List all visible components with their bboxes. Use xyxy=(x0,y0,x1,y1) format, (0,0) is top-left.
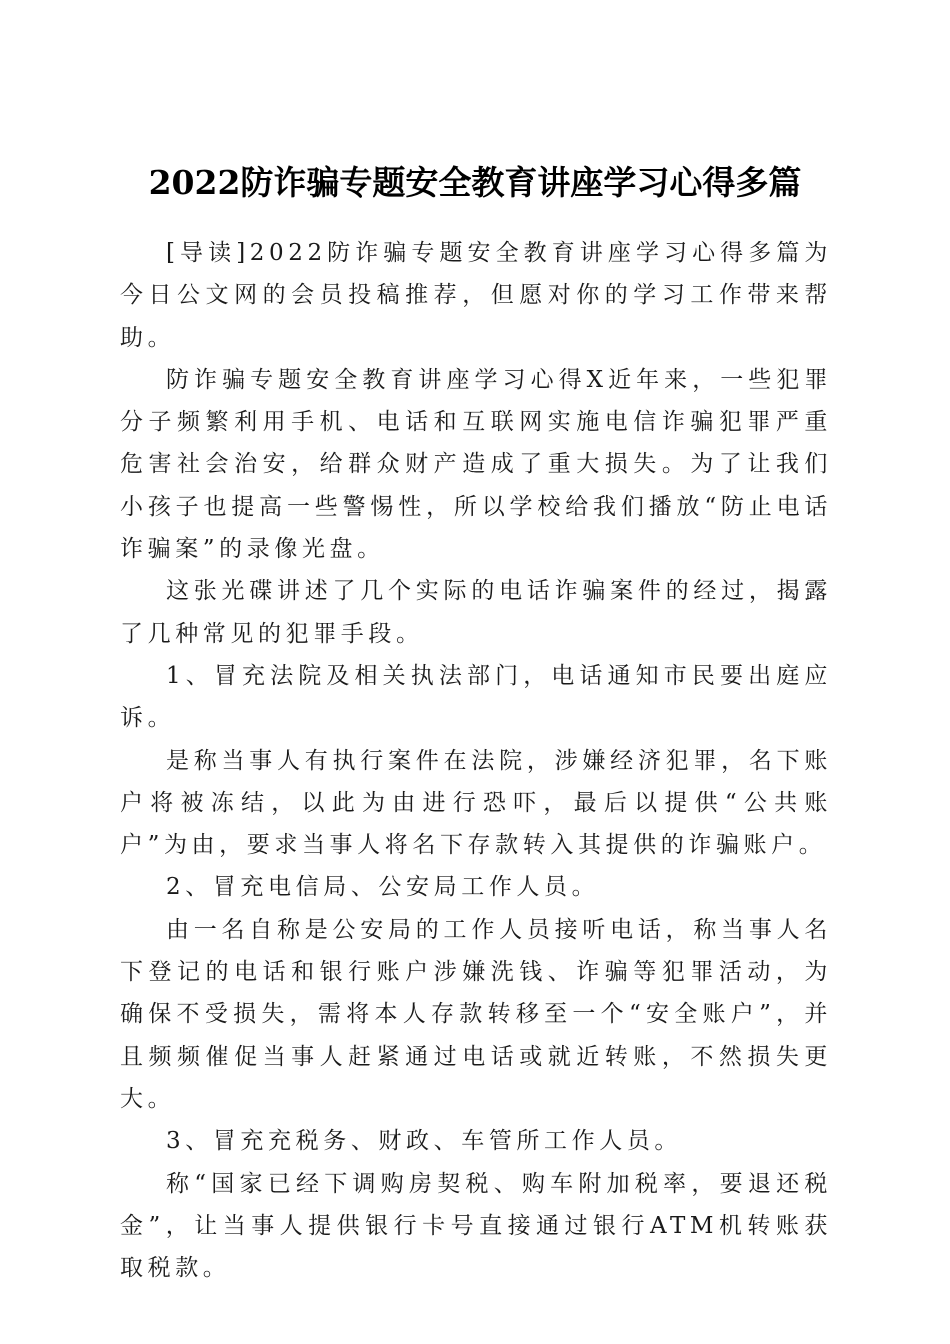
paragraph-method-3-detail: 称“国家已经下调购房契税、购车附加税率，要退还税金”，让当事人提供银行卡号直接通… xyxy=(120,1163,832,1290)
paragraph-intro: [导读]2022防诈骗专题安全教育讲座学习心得多篇为今日公文网的会员投稿推荐，但… xyxy=(120,232,832,359)
paragraph-method-3-heading: 3、冒充充税务、财政、车管所工作人员。 xyxy=(120,1120,832,1162)
paragraph-method-1-heading: 1、冒充法院及相关执法部门，电话通知市民要出庭应诉。 xyxy=(120,655,832,740)
paragraph-disc-summary: 这张光碟讲述了几个实际的电话诈骗案件的经过，揭露了几种常见的犯罪手段。 xyxy=(120,570,832,655)
document-title: 2022防诈骗专题安全教育讲座学习心得多篇 xyxy=(0,160,950,206)
paragraph-method-2-detail: 由一名自称是公安局的工作人员接听电话，称当事人名下登记的电话和银行账户涉嫌洗钱、… xyxy=(120,909,832,1120)
document-body: [导读]2022防诈骗专题安全教育讲座学习心得多篇为今日公文网的会员投稿推荐，但… xyxy=(120,232,832,1289)
paragraph-background: 防诈骗专题安全教育讲座学习心得X近年来，一些犯罪分子频繁利用手机、电话和互联网实… xyxy=(120,359,832,570)
paragraph-method-1-detail: 是称当事人有执行案件在法院，涉嫌经济犯罪，名下账户将被冻结，以此为由进行恐吓，最… xyxy=(120,740,832,867)
document-page: 2022防诈骗专题安全教育讲座学习心得多篇 [导读]2022防诈骗专题安全教育讲… xyxy=(0,0,950,1344)
paragraph-method-2-heading: 2、冒充电信局、公安局工作人员。 xyxy=(120,866,832,908)
